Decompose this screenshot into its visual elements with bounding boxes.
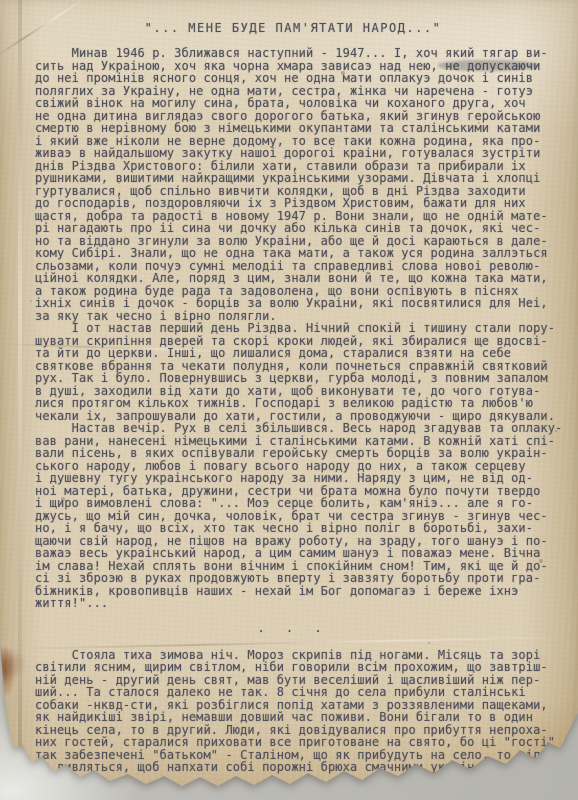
paragraph-evening-songs: Настав вечір. Рух в селі збільшився. Вес… <box>35 422 551 610</box>
scanned-document-view: { "colors": { "paper": "#dccfb4", "ink":… <box>0 0 578 800</box>
paragraph-winter-night: Стояла тиха зимова ніч. Мороз скрипів пі… <box>35 649 551 774</box>
paragraph-christmas-preparation: Минав 1946 р. Зближався наступний - 1947… <box>35 47 551 322</box>
paper-stain-left-edge <box>0 646 16 698</box>
paper-sheet-wrapper: "... МЕНЕ БУДЕ ПАМ'ЯТАТИ НАРОД..." Минав… <box>0 0 578 800</box>
section-separator: . . . <box>35 622 551 635</box>
document-title: "... МЕНЕ БУДЕ ПАМ'ЯТАТИ НАРОД..." <box>35 22 551 35</box>
typewritten-content: "... МЕНЕ БУДЕ ПАМ'ЯТАТИ НАРОД..." Минав… <box>35 22 551 774</box>
paper-sheet: "... МЕНЕ БУДЕ ПАМ'ЯТАТИ НАРОД..." Минав… <box>0 0 578 800</box>
paper-crease-left <box>18 0 22 760</box>
paper-specks <box>0 0 2 2</box>
paragraph-first-day: І от настав перший день Різдва. Нічний с… <box>35 322 551 422</box>
